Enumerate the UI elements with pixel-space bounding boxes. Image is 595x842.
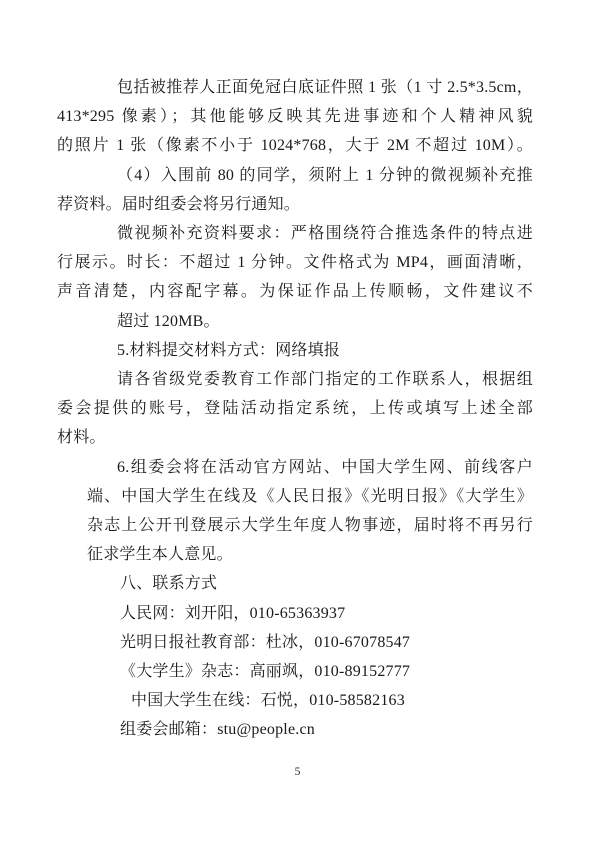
para-video-requirements-line-4: 超过 120MB。 xyxy=(57,307,533,336)
para-photo-requirements-line-3: 的照片 1 张（像素不小于 1024*768，大于 2M 不超过 10M）。 xyxy=(57,131,533,160)
document-page: 包括被推荐人正面免冠白底证件照 1 张（1 寸 2.5*3.5cm， 413*2… xyxy=(0,0,595,842)
contact-daxuesheng-magazine: 《大学生》杂志：高丽飒，010-89152777 xyxy=(57,657,533,686)
para-top80-video-line-1: （4）入围前 80 的同学，须附上 1 分钟的微视频补充推 xyxy=(57,161,533,190)
para-network-submission-line-1: 请各省级党委教育工作部门指定的工作联系人，根据组 xyxy=(57,365,533,394)
para-publication-notice-line-4: 征求学生本人意见。 xyxy=(87,540,533,569)
document-body: 包括被推荐人正面免冠白底证件照 1 张（1 寸 2.5*3.5cm， 413*2… xyxy=(57,73,533,745)
contact-china-college-online: 中国大学生在线：石悦，010-58582163 xyxy=(57,686,533,715)
contact-guangming-daily: 光明日报社教育部：杜冰，010-67078547 xyxy=(57,628,533,657)
para-publication-notice-line-1: 6.组委会将在活动官方网站、中国大学生网、前线客户 xyxy=(57,453,533,482)
para-top80-video-line-2: 荐资料。届时组委会将另行通知。 xyxy=(57,190,533,219)
para-video-requirements-line-2: 行展示。时长：不超过 1 分钟。文件格式为 MP4，画面清晰， xyxy=(57,248,533,277)
para-photo-requirements-line-1: 包括被推荐人正面免冠白底证件照 1 张（1 寸 2.5*3.5cm， xyxy=(57,73,533,102)
para-submission-method: 5.材料提交材料方式：网络填报 xyxy=(57,336,533,365)
contact-committee-email: 组委会邮箱：stu@people.cn xyxy=(57,715,533,744)
para-video-requirements-line-3: 声音清楚，内容配字幕。为保证作品上传顺畅，文件建议不 xyxy=(57,277,533,306)
para-photo-requirements-line-2: 413*295 像素）；其他能够反映其先进事迹和个人精神风貌 xyxy=(57,102,533,131)
para-network-submission-line-3: 材料。 xyxy=(57,423,533,452)
para-publication-notice-line-3: 杂志上公开刊登展示大学生年度人物事迹，届时将不再另行 xyxy=(87,511,533,540)
section-heading-contact: 八、联系方式 xyxy=(57,569,533,598)
para-video-requirements-line-1: 微视频补充资料要求：严格围绕符合推选条件的特点进 xyxy=(57,219,533,248)
para-network-submission-line-2: 委会提供的账号，登陆活动指定系统，上传或填写上述全部 xyxy=(57,394,533,423)
para-publication-notice-line-2: 端、中国大学生在线及《人民日报》《光明日报》《大学生》 xyxy=(87,482,533,511)
page-number: 5 xyxy=(0,766,595,778)
contact-people-net: 人民网：刘开阳，010-65363937 xyxy=(57,599,533,628)
